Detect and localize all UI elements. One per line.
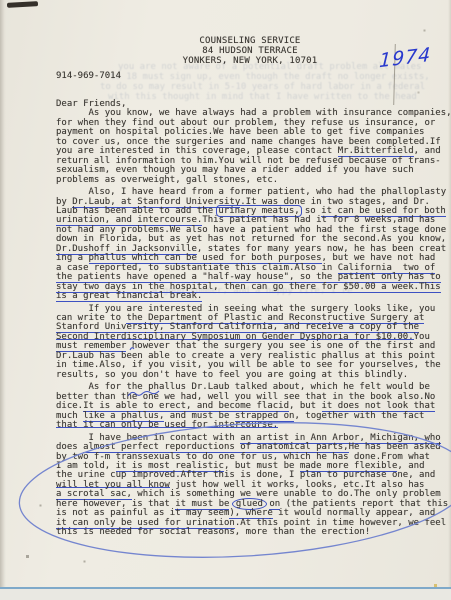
paragraph: If you are interested in seeing what the… [56, 305, 451, 381]
letter-line: results, so you don't have to feel you a… [56, 371, 451, 380]
letterhead: COUNSELING SERVICE 84 HUDSON TERRACE YON… [125, 36, 375, 67]
org-street: 84 HUDSON TERRACE [125, 46, 375, 56]
letter-line: problems as overweight, gall stones, etc… [56, 176, 451, 185]
org-name: COUNSELING SERVICE [125, 36, 375, 46]
phone-number: 914-969-7014 [56, 71, 121, 81]
handwritten-year-note: 1974 [379, 44, 432, 73]
paper-specks [0, 0, 1, 1]
bleedthrough-line: to 18 must sign up, even though the draf… [110, 72, 430, 82]
paragraph: As for the phallus Dr.Laub talked about,… [56, 383, 451, 430]
org-city: YONKERS, NEW YORK, 10701 [125, 56, 375, 66]
scan-background [0, 589, 451, 600]
paragraph: I have been in contact with an artist in… [56, 434, 451, 538]
paragraph: Dear Friends, As you know, we have alway… [56, 100, 451, 185]
paragraph: Also, I have heard from a former patient… [56, 188, 451, 301]
letter-scan-page: you are not aware of a potential draft p… [0, 0, 451, 600]
staple-mark [7, 1, 38, 8]
letter-line: this is needed for social reasons, more … [56, 528, 451, 537]
letter-line: that it can only be used for intercourse… [56, 421, 451, 430]
paper-left-edge [0, 0, 6, 600]
letter-body: Dear Friends, As you know, we have alway… [56, 100, 451, 537]
letter-line: is a great financial break. [56, 292, 451, 301]
bleedthrough-line: to do so may result in 5-10 years of har… [100, 82, 425, 92]
